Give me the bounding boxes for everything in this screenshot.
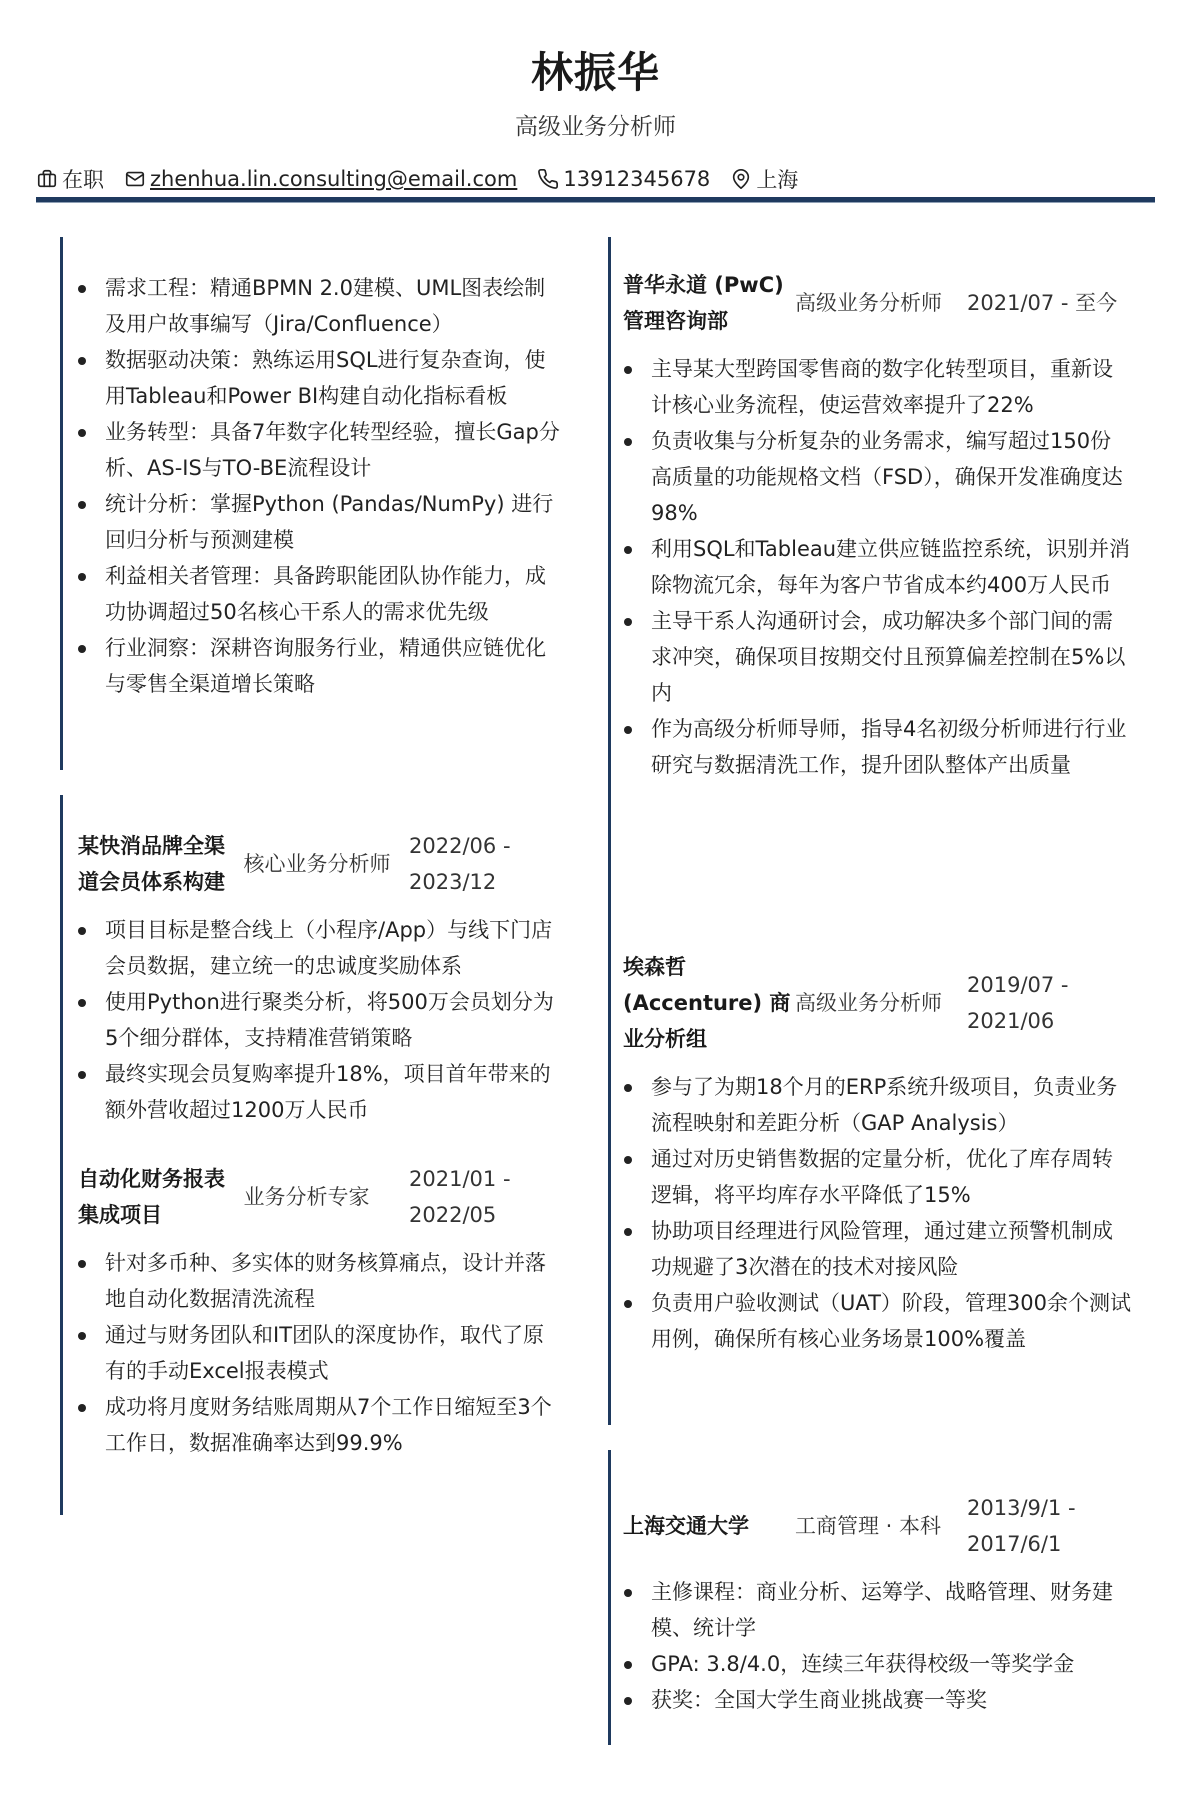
work-entry: 埃森哲 (Accenture) 商业分析组 高级业务分析师 2019/07 - … — [611, 949, 1131, 1357]
project-bullets: 针对多币种、多实体的财务核算痛点，设计并落地自动化数据清洗流程 通过与财务团队和… — [63, 1245, 563, 1461]
company-name: 普华永道 (PwC) 管理咨询部 — [623, 267, 795, 339]
work-bullets: 主导某大型跨国零售商的数字化转型项目，重新设计核心业务流程，使运营效率提升了22… — [611, 351, 1131, 783]
project-bullet: 成功将月度财务结账周期从7个工作日缩短至3个工作日，数据准确率达到99.9% — [63, 1389, 563, 1461]
education-entry: 上海交通大学 工商管理 · 本科 2013/9/1 - 2017/6/1 主修课… — [611, 1490, 1131, 1718]
work-role: 高级业务分析师 — [795, 985, 967, 1021]
project-title: 某快消品牌全渠道会员体系构建 — [78, 828, 244, 900]
location-text: 上海 — [756, 164, 798, 194]
map-pin-icon — [730, 168, 752, 190]
skill-item: 业务转型：具备7年数字化转型经验，擅长Gap分析、AS-IS与TO-BE流程设计 — [63, 414, 563, 486]
work-bullets: 参与了为期18个月的ERP系统升级项目，负责业务流程映射和差距分析（GAP An… — [611, 1069, 1131, 1357]
work-role: 高级业务分析师 — [795, 285, 967, 321]
work-bullet: 主导某大型跨国零售商的数字化转型项目，重新设计核心业务流程，使运营效率提升了22… — [611, 351, 1131, 423]
work-bullet: 利用SQL和Tableau建立供应链监控系统，识别并消除物流冗余，每年为客户节省… — [611, 531, 1131, 603]
work-bullet: 负责用户验收测试（UAT）阶段，管理300余个测试用例，确保所有核心业务场景10… — [611, 1285, 1131, 1357]
status-text: 在职 — [62, 164, 104, 194]
skill-item: 行业洞察：深耕咨询服务行业，精通供应链优化与零售全渠道增长策略 — [63, 630, 563, 702]
contact-row: 在职 zhenhua.lin.consulting@email.com 1391… — [36, 164, 818, 194]
project-entry: 自动化财务报表集成项目 业务分析专家 2021/01 - 2022/05 针对多… — [63, 1161, 563, 1461]
briefcase-icon — [36, 168, 58, 190]
degree: 工商管理 · 本科 — [795, 1508, 967, 1544]
work-bullet: 作为高级分析师导师，指导4名初级分析师进行行业研究与数据清洗工作，提升团队整体产… — [611, 711, 1131, 783]
education-bullet: GPA: 3.8/4.0，连续三年获得校级一等奖学金 — [611, 1646, 1131, 1682]
skill-item: 利益相关者管理：具备跨职能团队协作能力，成功协调超过50名核心干系人的需求优先级 — [63, 558, 563, 630]
job-title: 高级业务分析师 — [0, 108, 1191, 141]
project-date: 2022/06 - 2023/12 — [409, 828, 563, 900]
project-bullet: 项目目标是整合线上（小程序/App）与线下门店会员数据，建立统一的忠诚度奖励体系 — [63, 912, 563, 984]
project-bullet: 使用Python进行聚类分析，将500万会员划分为5个细分群体，支持精准营销策略 — [63, 984, 563, 1056]
education-bullet: 主修课程：商业分析、运筹学、战略管理、财务建模、统计学 — [611, 1574, 1131, 1646]
candidate-name: 林振华 — [0, 40, 1191, 100]
header-divider — [36, 197, 1155, 202]
education-section: 上海交通大学 工商管理 · 本科 2013/9/1 - 2017/6/1 主修课… — [608, 1450, 1128, 1745]
work-bullet: 协助项目经理进行风险管理，通过建立预警机制成功规避了3次潜在的技术对接风险 — [611, 1213, 1131, 1285]
company-name: 埃森哲 (Accenture) 商业分析组 — [623, 949, 795, 1057]
project-bullets: 项目目标是整合线上（小程序/App）与线下门店会员数据，建立统一的忠诚度奖励体系… — [63, 912, 563, 1128]
skill-item: 数据驱动决策：熟练运用SQL进行复杂查询，使用Tableau和Power BI构… — [63, 342, 563, 414]
project-entry: 某快消品牌全渠道会员体系构建 核心业务分析师 2022/06 - 2023/12… — [63, 828, 563, 1128]
work-entry: 普华永道 (PwC) 管理咨询部 高级业务分析师 2021/07 - 至今 主导… — [611, 267, 1131, 783]
phone-icon — [537, 168, 559, 190]
work-date: 2021/07 - 至今 — [967, 285, 1127, 321]
education-date: 2013/9/1 - 2017/6/1 — [967, 1490, 1127, 1562]
education-header: 上海交通大学 工商管理 · 本科 2013/9/1 - 2017/6/1 — [611, 1490, 1131, 1562]
education-bullets: 主修课程：商业分析、运筹学、战略管理、财务建模、统计学 GPA: 3.8/4.0… — [611, 1574, 1131, 1718]
project-bullet: 针对多币种、多实体的财务核算痛点，设计并落地自动化数据清洗流程 — [63, 1245, 563, 1317]
project-header: 自动化财务报表集成项目 业务分析专家 2021/01 - 2022/05 — [63, 1161, 563, 1233]
contact-status: 在职 — [36, 164, 104, 194]
work-header: 埃森哲 (Accenture) 商业分析组 高级业务分析师 2019/07 - … — [611, 949, 1131, 1057]
email-link[interactable]: zhenhua.lin.consulting@email.com — [150, 167, 517, 191]
education-bullet: 获奖：全国大学生商业挑战赛一等奖 — [611, 1682, 1131, 1718]
project-role: 业务分析专家 — [244, 1179, 410, 1215]
project-role: 核心业务分析师 — [244, 846, 410, 882]
contact-phone: 13912345678 — [537, 167, 710, 191]
work-bullet: 负责收集与分析复杂的业务需求，编写超过150份高质量的功能规格文档（FSD），确… — [611, 423, 1131, 531]
work-section: 普华永道 (PwC) 管理咨询部 高级业务分析师 2021/07 - 至今 主导… — [608, 237, 1128, 1425]
skills-section: 需求工程：精通BPMN 2.0建模、UML图表绘制及用户故事编写（Jira/Co… — [60, 237, 560, 770]
skill-item: 需求工程：精通BPMN 2.0建模、UML图表绘制及用户故事编写（Jira/Co… — [63, 270, 563, 342]
phone-text: 13912345678 — [563, 167, 710, 191]
mail-icon — [124, 168, 146, 190]
project-date: 2021/01 - 2022/05 — [409, 1161, 563, 1233]
project-bullet: 通过与财务团队和IT团队的深度协作，取代了原有的手动Excel报表模式 — [63, 1317, 563, 1389]
project-title: 自动化财务报表集成项目 — [78, 1161, 244, 1233]
school-name: 上海交通大学 — [623, 1508, 795, 1544]
contact-email: zhenhua.lin.consulting@email.com — [124, 167, 517, 191]
project-bullet: 最终实现会员复购率提升18%，项目首年带来的额外营收超过1200万人民币 — [63, 1056, 563, 1128]
work-bullet: 参与了为期18个月的ERP系统升级项目，负责业务流程映射和差距分析（GAP An… — [611, 1069, 1131, 1141]
projects-section: 某快消品牌全渠道会员体系构建 核心业务分析师 2022/06 - 2023/12… — [60, 795, 560, 1515]
skills-list: 需求工程：精通BPMN 2.0建模、UML图表绘制及用户故事编写（Jira/Co… — [63, 270, 563, 702]
work-header: 普华永道 (PwC) 管理咨询部 高级业务分析师 2021/07 - 至今 — [611, 267, 1131, 339]
project-header: 某快消品牌全渠道会员体系构建 核心业务分析师 2022/06 - 2023/12 — [63, 828, 563, 900]
skill-item: 统计分析：掌握Python (Pandas/NumPy) 进行回归分析与预测建模 — [63, 486, 563, 558]
work-date: 2019/07 - 2021/06 — [967, 967, 1127, 1039]
contact-location: 上海 — [730, 164, 798, 194]
work-bullet: 主导干系人沟通研讨会，成功解决多个部门间的需求冲突，确保项目按期交付且预算偏差控… — [611, 603, 1131, 711]
work-bullet: 通过对历史销售数据的定量分析，优化了库存周转逻辑，将平均库存水平降低了15% — [611, 1141, 1131, 1213]
